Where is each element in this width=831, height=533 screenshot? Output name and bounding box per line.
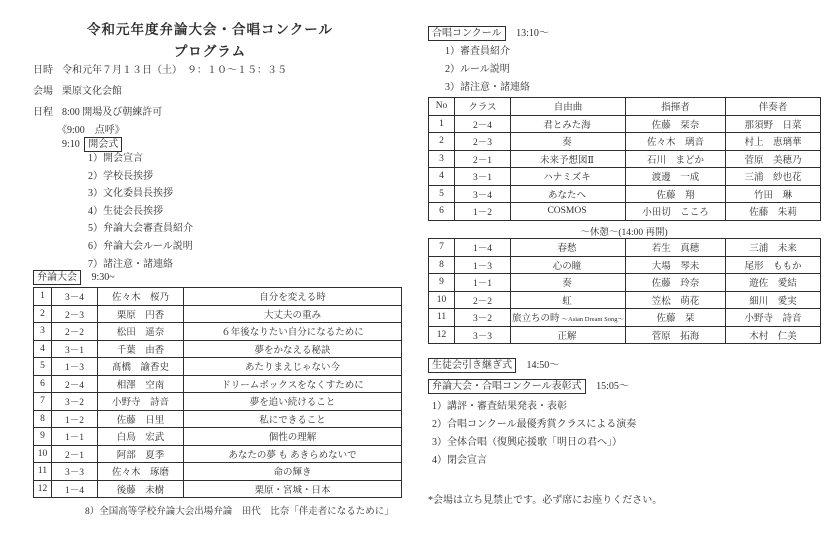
speech-row-no: 8 — [34, 410, 52, 428]
chorus-row-accompanist: 菅原 美穂乃 — [726, 150, 821, 168]
speech-row-theme: 個性の理解 — [184, 428, 402, 446]
speech-row-name: 千葉 由香 — [98, 340, 184, 358]
closing-item: 4）閉会宣言 — [432, 452, 636, 470]
chorus-row-accompanist: 村上 恵璃華 — [726, 133, 821, 151]
speech-row-name: 佐々木 桜乃 — [98, 288, 184, 306]
venue-value: 栗原文化会館 — [62, 86, 122, 97]
chorus-row-accompanist: 木村 仁美 — [726, 326, 821, 344]
chorus-row-no: 2 — [429, 133, 455, 151]
chorus-time: 13:10～ — [516, 28, 549, 39]
speech-row-theme: あたりまえじゃない今 — [184, 358, 402, 376]
chorus-row-no: 5 — [429, 185, 455, 203]
chorus-table-row: 8 1－3 心の瞳 大場 琴未 尾形 ももか — [429, 256, 821, 274]
speech-row-name: 栗原 円香 — [98, 305, 184, 323]
chorus-header: 合唱コンクール 13:10～ — [428, 24, 549, 41]
chorus-row-no: 10 — [429, 291, 455, 309]
chorus-row-class: 1－4 — [455, 239, 511, 257]
speech-row-name: 阿部 夏季 — [98, 445, 184, 463]
speech-contest-label: 弁論大会 — [33, 270, 81, 285]
chorus-row-song: 正解 — [511, 326, 626, 344]
speech-row-no: 5 — [34, 358, 52, 376]
standing-note: *会場は立ち見禁止です。必ず席にお座りください。 — [428, 491, 662, 506]
speech-table-row: 1 3－4 佐々木 桜乃 自分を変える時 — [34, 288, 402, 306]
chorus-row-accompanist: 三浦 紗也花 — [726, 168, 821, 186]
schedule-value: 8:00 開場及び朝練許可 — [62, 107, 162, 118]
closing-item: 3）全体合唱（復興応援歌「明日の君へ」） — [432, 434, 636, 452]
chorus-table-second: 7 1－4 春愁 若生 真穂 三浦 未来 8 1－3 心の瞳 大場 琴未 尾形 … — [428, 238, 821, 344]
award-line: 弁論大会・合唱コンクール表彰式 15:05～ — [428, 377, 629, 394]
handover-label: 生徒会引き継ぎ式 — [428, 358, 516, 373]
speech-row-no: 3 — [34, 323, 52, 341]
chorus-row-song: 虹 — [511, 291, 626, 309]
speech-row-theme: 栗原・宮城・日本 — [184, 480, 402, 498]
datetime-row: 日時令和元年７月１３日（土） ９：１０～１５：３５ — [33, 61, 287, 76]
datetime-value: 令和元年７月１３日（土） ９：１０～１５：３５ — [62, 65, 287, 76]
opening-item: 5）弁論大会審査員紹介 — [88, 220, 193, 238]
speech-row-no: 11 — [34, 463, 52, 481]
speech-row-class: 2－1 — [52, 445, 98, 463]
page-subtitle: プログラム — [0, 40, 420, 60]
chorus-row-conductor: 石川 まどか — [626, 150, 726, 168]
speech-row-no: 4 — [34, 340, 52, 358]
award-time: 15:05～ — [596, 381, 629, 392]
chorus-row-song: 奏 — [511, 274, 626, 292]
chorus-row-conductor: 笠松 萌花 — [626, 291, 726, 309]
chorus-row-conductor: 佐藤 栞 — [626, 309, 726, 327]
speech-footnote: 8）全国高等学校弁論大会出場弁論 田代 比奈「伴走者になるために」 — [85, 503, 394, 517]
chorus-row-accompanist: 細川 愛実 — [726, 291, 821, 309]
speech-row-theme: 自分を変える時 — [184, 288, 402, 306]
chorus-row-conductor: 渡邊 一成 — [626, 168, 726, 186]
venue-row: 会場栗原文化会館 — [33, 82, 122, 97]
speech-table-row: 10 2－1 阿部 夏季 あなたの夢 も あきらめないで — [34, 445, 402, 463]
handover-time: 14:50～ — [527, 360, 560, 371]
chorus-row-class: 2－4 — [455, 115, 511, 133]
speech-row-theme: 命の輝き — [184, 463, 402, 481]
speech-contest-header: 弁論大会 9:30~ — [33, 270, 115, 285]
speech-table-row: 4 3－1 千葉 由香 夢をかなえる秘訣 — [34, 340, 402, 358]
chorus-row-class: 2－3 — [455, 133, 511, 151]
chorus-pre-item: 2）ルール説明 — [445, 61, 530, 79]
speech-table-row: 5 1－3 髙橋 諭香史 あたりまえじゃない今 — [34, 358, 402, 376]
speech-row-name: 相澤 空南 — [98, 375, 184, 393]
chorus-row-no: 7 — [429, 239, 455, 257]
speech-table-row: 6 2－4 相澤 空南 ドリームボックスをなくすために — [34, 375, 402, 393]
datetime-label: 日時 — [33, 65, 53, 76]
chorus-row-song: 旅立ちの時～Asian Dream Song～ — [511, 309, 626, 327]
chorus-row-no: 12 — [429, 326, 455, 344]
page-title: 令和元年度弁論大会・合唱コンクール — [0, 18, 420, 38]
chorus-table-row: 12 3－3 正解 菅原 拓海 木村 仁美 — [429, 326, 821, 344]
opening-item: 4）生徒会長挨拶 — [88, 203, 193, 221]
rollcall-line: 《9:00 点呼》 — [57, 121, 125, 136]
chorus-header-song: 自由曲 — [511, 98, 626, 116]
speech-row-no: 6 — [34, 375, 52, 393]
chorus-row-class: 1－2 — [455, 203, 511, 221]
speech-row-name: 松田 遥奈 — [98, 323, 184, 341]
chorus-table-row: 5 3－4 あなたへ 佐藤 翔 竹田 琳 — [429, 185, 821, 203]
chorus-row-class: 3－3 — [455, 326, 511, 344]
chorus-table-row: 6 1－2 COSMOS 小田切 こころ 佐藤 朱莉 — [429, 203, 821, 221]
chorus-header-accompanist: 伴奏者 — [726, 98, 821, 116]
opening-item: 3）文化委員長挨拶 — [88, 185, 193, 203]
speech-row-theme: あなたの夢 も あきらめないで — [184, 445, 402, 463]
chorus-row-conductor: 若生 真穂 — [626, 239, 726, 257]
program-document: { "title": { "line1": "令和元年度弁論大会・合唱コンクール… — [0, 0, 831, 533]
opening-item: 1）開会宣言 — [88, 150, 193, 168]
speech-row-no: 12 — [34, 480, 52, 498]
speech-row-class: 3－1 — [52, 340, 98, 358]
speech-row-theme: 夢をかなえる秘訣 — [184, 340, 402, 358]
speech-row-theme: ドリームボックスをなくすために — [184, 375, 402, 393]
chorus-table-row: 1 2－4 君とみた海 佐藤 栞奈 那須野 日菜 — [429, 115, 821, 133]
chorus-row-conductor: 小田切 こころ — [626, 203, 726, 221]
speech-row-class: 1－3 — [52, 358, 98, 376]
handover-line: 生徒会引き継ぎ式 14:50～ — [428, 356, 559, 373]
chorus-pre-item: 1）審査員紹介 — [445, 43, 530, 61]
speech-row-theme: ６年後なりたい自分になるために — [184, 323, 402, 341]
speech-table-row: 11 3－3 佐々木 琢磨 命の輝き — [34, 463, 402, 481]
closing-item: 2）合唱コンクール最優秀賞クラスによる演奏 — [432, 416, 636, 434]
chorus-row-conductor: 大場 琴未 — [626, 256, 726, 274]
chorus-row-class: 2－2 — [455, 291, 511, 309]
chorus-row-song: ハナミズキ — [511, 168, 626, 186]
speech-row-theme: 大丈夫の重み — [184, 305, 402, 323]
chorus-row-conductor: 佐藤 栞奈 — [626, 115, 726, 133]
speech-row-class: 2－2 — [52, 323, 98, 341]
chorus-table-row: 7 1－4 春愁 若生 真穂 三浦 未来 — [429, 239, 821, 257]
speech-table-row: 3 2－2 松田 遥奈 ６年後なりたい自分になるために — [34, 323, 402, 341]
speech-row-name: 佐藤 日里 — [98, 410, 184, 428]
speech-row-class: 1－1 — [52, 428, 98, 446]
chorus-row-song: 君とみた海 — [511, 115, 626, 133]
closing-items-list: 1）講評・審査結果発表・表彰2）合唱コンクール最優秀賞クラスによる演奏3）全体合… — [432, 398, 636, 470]
chorus-pre-items: 1）審査員紹介2）ルール説明3）諸注意・諸連絡 — [445, 43, 530, 97]
speech-table-row: 7 3－2 小野寺 詩音 夢を追い続けること — [34, 393, 402, 411]
chorus-row-song-subtitle: ～Asian Dream Song～ — [562, 316, 624, 323]
chorus-table-row: 2 2－3 奏 佐々木 璃音 村上 恵璃華 — [429, 133, 821, 151]
chorus-table-row: 3 2－1 未来予想図Ⅱ 石川 まどか 菅原 美穂乃 — [429, 150, 821, 168]
speech-row-class: 2－3 — [52, 305, 98, 323]
speech-row-no: 1 — [34, 288, 52, 306]
speech-row-class: 1－4 — [52, 480, 98, 498]
venue-label: 会場 — [33, 86, 53, 97]
speech-row-class: 3－4 — [52, 288, 98, 306]
schedule-label: 日程 — [33, 107, 53, 118]
speech-row-no: 2 — [34, 305, 52, 323]
speech-row-no: 9 — [34, 428, 52, 446]
chorus-table-row: 9 1－1 奏 佐藤 玲奈 遊佐 愛結 — [429, 274, 821, 292]
chorus-row-no: 11 — [429, 309, 455, 327]
chorus-header-no: No — [429, 98, 455, 116]
chorus-row-accompanist: 小野寺 詩音 — [726, 309, 821, 327]
speech-row-theme: 私にできること — [184, 410, 402, 428]
speech-row-name: 白鳥 宏武 — [98, 428, 184, 446]
award-label: 弁論大会・合唱コンクール表彰式 — [428, 379, 586, 394]
chorus-row-no: 1 — [429, 115, 455, 133]
chorus-row-no: 6 — [429, 203, 455, 221]
speech-row-class: 1－2 — [52, 410, 98, 428]
speech-contest-time: 9:30~ — [92, 272, 115, 283]
speech-row-class: 3－3 — [52, 463, 98, 481]
chorus-row-conductor: 菅原 拓海 — [626, 326, 726, 344]
chorus-row-class: 3－1 — [455, 168, 511, 186]
chorus-row-song: COSMOS — [511, 203, 626, 221]
chorus-row-class: 1－3 — [455, 256, 511, 274]
schedule-row: 日程8:00 開場及び朝練許可 — [33, 103, 162, 118]
speech-row-name: 髙橋 諭香史 — [98, 358, 184, 376]
chorus-header-class: クラス — [455, 98, 511, 116]
chorus-row-song: 奏 — [511, 133, 626, 151]
chorus-row-song: 春愁 — [511, 239, 626, 257]
chorus-row-no: 9 — [429, 274, 455, 292]
chorus-table-header-row: No クラス 自由曲 指揮者 伴奏者 — [429, 98, 821, 116]
chorus-table-first: No クラス 自由曲 指揮者 伴奏者 1 2－4 君とみた海 佐藤 栞奈 那須野… — [428, 97, 821, 221]
speech-table-row: 2 2－3 栗原 円香 大丈夫の重み — [34, 305, 402, 323]
speech-row-theme: 夢を追い続けること — [184, 393, 402, 411]
closing-item: 1）講評・審査結果発表・表彰 — [432, 398, 636, 416]
chorus-row-conductor: 佐藤 翔 — [626, 185, 726, 203]
speech-row-name: 小野寺 詩音 — [98, 393, 184, 411]
speech-table-row: 12 1－4 後藤 未樹 栗原・宮城・日本 — [34, 480, 402, 498]
chorus-row-class: 3－2 — [455, 309, 511, 327]
chorus-row-accompanist: 尾形 ももか — [726, 256, 821, 274]
chorus-row-accompanist: 三浦 未来 — [726, 239, 821, 257]
speech-row-class: 2－4 — [52, 375, 98, 393]
chorus-header-conductor: 指揮者 — [626, 98, 726, 116]
chorus-row-class: 2－1 — [455, 150, 511, 168]
chorus-row-no: 8 — [429, 256, 455, 274]
chorus-row-conductor: 佐藤 玲奈 — [626, 274, 726, 292]
chorus-row-no: 3 — [429, 150, 455, 168]
chorus-row-song: 心の瞳 — [511, 256, 626, 274]
speech-row-class: 3－2 — [52, 393, 98, 411]
break-line: ～休憩～(14:00 再開) — [428, 224, 820, 238]
speech-row-name: 後藤 未樹 — [98, 480, 184, 498]
chorus-row-class: 1－1 — [455, 274, 511, 292]
opening-item: 2）学校長挨拶 — [88, 168, 193, 186]
chorus-table-row: 10 2－2 虹 笠松 萌花 細川 愛実 — [429, 291, 821, 309]
chorus-row-accompanist: 那須野 日菜 — [726, 115, 821, 133]
chorus-row-conductor: 佐々木 璃音 — [626, 133, 726, 151]
opening-items-list: 1）開会宣言2）学校長挨拶3）文化委員長挨拶4）生徒会長挨拶5）弁論大会審査員紹… — [88, 150, 193, 273]
chorus-pre-item: 3）諸注意・諸連絡 — [445, 79, 530, 97]
speech-table-row: 8 1－2 佐藤 日里 私にできること — [34, 410, 402, 428]
chorus-row-accompanist: 佐藤 朱莉 — [726, 203, 821, 221]
opening-item: 6）弁論大会ルール説明 — [88, 238, 193, 256]
chorus-row-accompanist: 遊佐 愛結 — [726, 274, 821, 292]
chorus-table-row: 11 3－2 旅立ちの時～Asian Dream Song～ 佐藤 栞 小野寺 … — [429, 309, 821, 327]
speech-row-name: 佐々木 琢磨 — [98, 463, 184, 481]
speech-row-no: 10 — [34, 445, 52, 463]
chorus-row-no: 4 — [429, 168, 455, 186]
speech-table-row: 9 1－1 白鳥 宏武 個性の理解 — [34, 428, 402, 446]
opening-time: 9:10 — [62, 139, 80, 150]
speech-contest-table: 1 3－4 佐々木 桜乃 自分を変える時 2 2－3 栗原 円香 大丈夫の重み … — [33, 287, 402, 498]
chorus-row-song: あなたへ — [511, 185, 626, 203]
chorus-label: 合唱コンクール — [428, 26, 506, 41]
speech-row-no: 7 — [34, 393, 52, 411]
chorus-row-song: 未来予想図Ⅱ — [511, 150, 626, 168]
chorus-row-accompanist: 竹田 琳 — [726, 185, 821, 203]
chorus-row-class: 3－4 — [455, 185, 511, 203]
chorus-table-row: 4 3－1 ハナミズキ 渡邊 一成 三浦 紗也花 — [429, 168, 821, 186]
